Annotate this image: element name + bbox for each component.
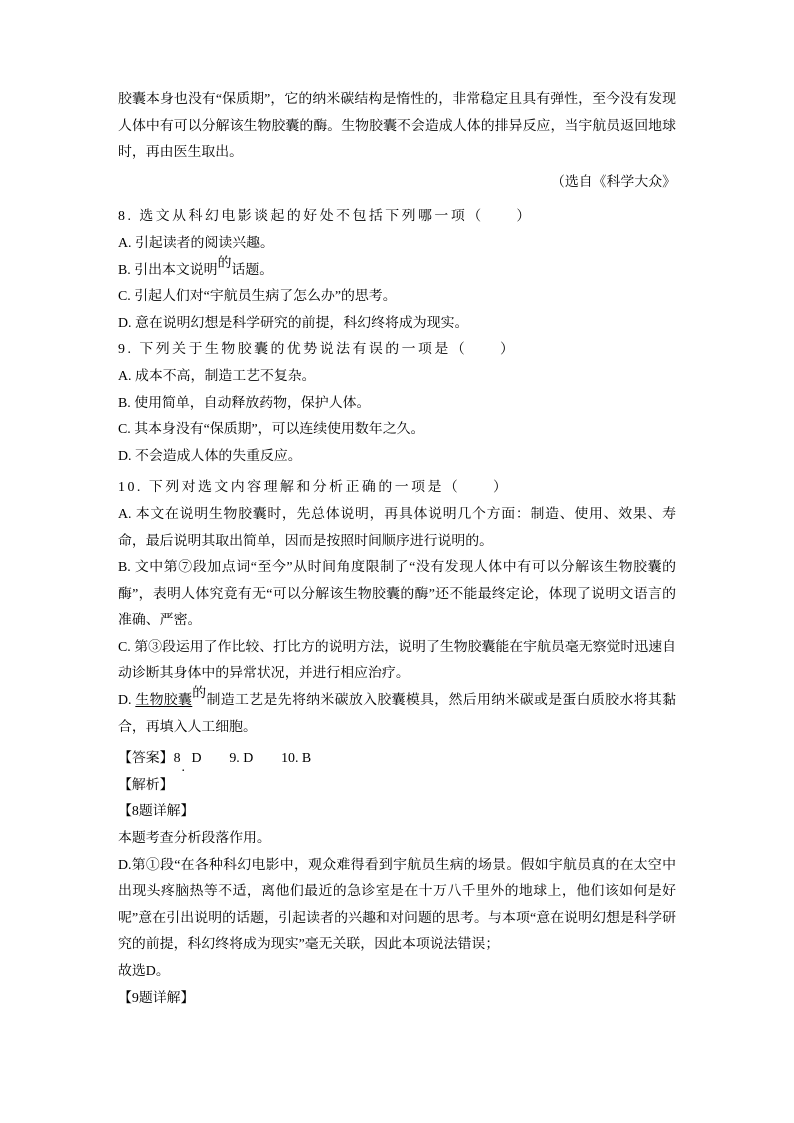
option-text: 话题。 — [231, 263, 273, 278]
question-8-option-a: A. 引起读者的阅读兴趣。 — [118, 231, 676, 258]
answer-q10: 10. B — [281, 751, 311, 766]
option-label: C. — [118, 422, 134, 437]
document-content: 胶囊本身也没有“保质期”，它的纳米碳结构是惰性的，非常稳定且具有弹性，至今没有发… — [118, 87, 676, 1012]
underlined-term: 生物胶囊 — [135, 693, 192, 708]
option-label: B. — [118, 263, 134, 278]
option-text: 引起人们对“宇航员生病了怎么办”的思考。 — [134, 289, 396, 304]
answer-spacer — [202, 751, 230, 766]
passage-source: （选自《科学大众》 — [118, 170, 676, 197]
option-label: A. — [118, 507, 136, 522]
question-9-number: 9. — [118, 342, 139, 357]
question-8-number: 8. — [118, 209, 139, 224]
answer-spacer — [253, 751, 281, 766]
option-label: D. — [118, 316, 135, 331]
question-9-option-b: B. 使用简单，自动释放药物，保护人体。 — [118, 391, 676, 418]
question-10-stem: 10. 下列对选文内容理解和分析正确的一项是（ ） — [118, 475, 676, 502]
question-10-stem-text: 下列对选文内容理解和分析正确的一项是（ ） — [149, 480, 510, 495]
option-text: 其本身没有“保质期”，可以连续使用数年之久。 — [134, 422, 424, 437]
answer-q8-number: 8 — [174, 751, 181, 766]
analysis-section-8-paragraph-2: D.第①段“在各种科幻电影中，观众难得看到宇航员生病的场景。假如宇航员真的在太空… — [118, 853, 676, 959]
analysis-section-8-paragraph-3: 故选D。 — [118, 959, 676, 986]
question-8-option-b: B. 引出本文说明的话题。 — [118, 258, 676, 285]
option-text: 文中第⑦段加点词“至今”从时间角度限制了“没有发现人体中有可以分解该生物胶囊的酶… — [118, 560, 676, 628]
answer-dropped-period: . — [181, 760, 188, 775]
option-text: 成本不高，制造工艺不复杂。 — [135, 369, 316, 384]
answer-bracket-label: 【答案】 — [118, 751, 174, 766]
analysis-header: 【解析】 — [118, 773, 676, 800]
option-text: 本文在说明生物胶囊时，先总体说明，再具体说明几个方面：制造、使用、效果、寿命，最… — [118, 507, 676, 549]
option-label: B. — [118, 396, 134, 411]
option-text: 引出本文说明 — [134, 263, 217, 278]
option-label: C. — [118, 289, 134, 304]
option-text: 使用简单，自动释放药物，保护人体。 — [134, 396, 370, 411]
passage-paragraph: 胶囊本身也没有“保质期”，它的纳米碳结构是惰性的，非常稳定且具有弹性，至今没有发… — [118, 87, 676, 167]
superscript-de: 的 — [192, 686, 206, 701]
question-8: 8. 选文从科幻电影谈起的好处不包括下列哪一项（ ） A. 引起读者的阅读兴趣。… — [118, 204, 676, 337]
option-label: B. — [118, 560, 135, 575]
question-8-stem: 8. 选文从科幻电影谈起的好处不包括下列哪一项（ ） — [118, 204, 676, 231]
question-10-option-a: A. 本文在说明生物胶囊时，先总体说明，再具体说明几个方面：制造、使用、效果、寿… — [118, 502, 676, 555]
answer-q9: 9. D — [229, 751, 253, 766]
option-label: C. — [118, 640, 134, 655]
option-text: 不会造成人体的失重反应。 — [135, 449, 302, 464]
question-9-option-d: D. 不会造成人体的失重反应。 — [118, 444, 676, 471]
analysis-section-8-paragraph-1: 本题考查分析段落作用。 — [118, 826, 676, 853]
option-label: A. — [118, 236, 135, 251]
question-10-option-b: B. 文中第⑦段加点词“至今”从时间角度限制了“没有发现人体中有可以分解该生物胶… — [118, 555, 676, 635]
question-10-number: 10. — [118, 480, 149, 495]
question-9-stem: 9. 下列关于生物胶囊的优势说法有误的一项是（ ） — [118, 337, 676, 364]
question-8-option-d: D. 意在说明幻想是科学研究的前提，科幻终将成为现实。 — [118, 311, 676, 338]
question-8-option-c: C. 引起人们对“宇航员生病了怎么办”的思考。 — [118, 284, 676, 311]
question-10: 10. 下列对选文内容理解和分析正确的一项是（ ） A. 本文在说明生物胶囊时，… — [118, 475, 676, 741]
option-text: 意在说明幻想是科学研究的前提，科幻终将成为现实。 — [135, 316, 468, 331]
analysis-section-9-title: 【9题详解】 — [118, 986, 676, 1013]
superscript-de: 的 — [218, 256, 232, 271]
question-10-option-c: C. 第③段运用了作比较、打比方的说明方法，说明了生物胶囊能在宇航员毫无察觉时迅… — [118, 635, 676, 688]
option-label: A. — [118, 369, 135, 384]
answer-line: 【答案】8. D 9. D 10. B — [118, 746, 676, 773]
document-page: 胶囊本身也没有“保质期”，它的纳米碳结构是惰性的，非常稳定且具有弹性，至今没有发… — [0, 0, 794, 1123]
question-9: 9. 下列关于生物胶囊的优势说法有误的一项是（ ） A. 成本不高，制造工艺不复… — [118, 337, 676, 470]
answer-q8-letter: D — [188, 751, 202, 766]
question-9-option-a: A. 成本不高，制造工艺不复杂。 — [118, 364, 676, 391]
question-10-option-d: D. 生物胶囊的制造工艺是先将纳米碳放入胶囊模具，然后用纳米碳或是蛋白质胶水将其… — [118, 688, 676, 741]
question-8-stem-text: 选文从科幻电影谈起的好处不包括下列哪一项（ ） — [139, 209, 532, 224]
question-9-stem-text: 下列关于生物胶囊的优势说法有误的一项是（ ） — [139, 342, 516, 357]
option-text: 引起读者的阅读兴趣。 — [135, 236, 274, 251]
option-label: D. — [118, 449, 135, 464]
option-label: D. — [118, 693, 135, 708]
question-9-option-c: C. 其本身没有“保质期”，可以连续使用数年之久。 — [118, 417, 676, 444]
option-text: 第③段运用了作比较、打比方的说明方法，说明了生物胶囊能在宇航员毫无察觉时迅速自动… — [118, 640, 676, 682]
analysis-section-8-title: 【8题详解】 — [118, 799, 676, 826]
